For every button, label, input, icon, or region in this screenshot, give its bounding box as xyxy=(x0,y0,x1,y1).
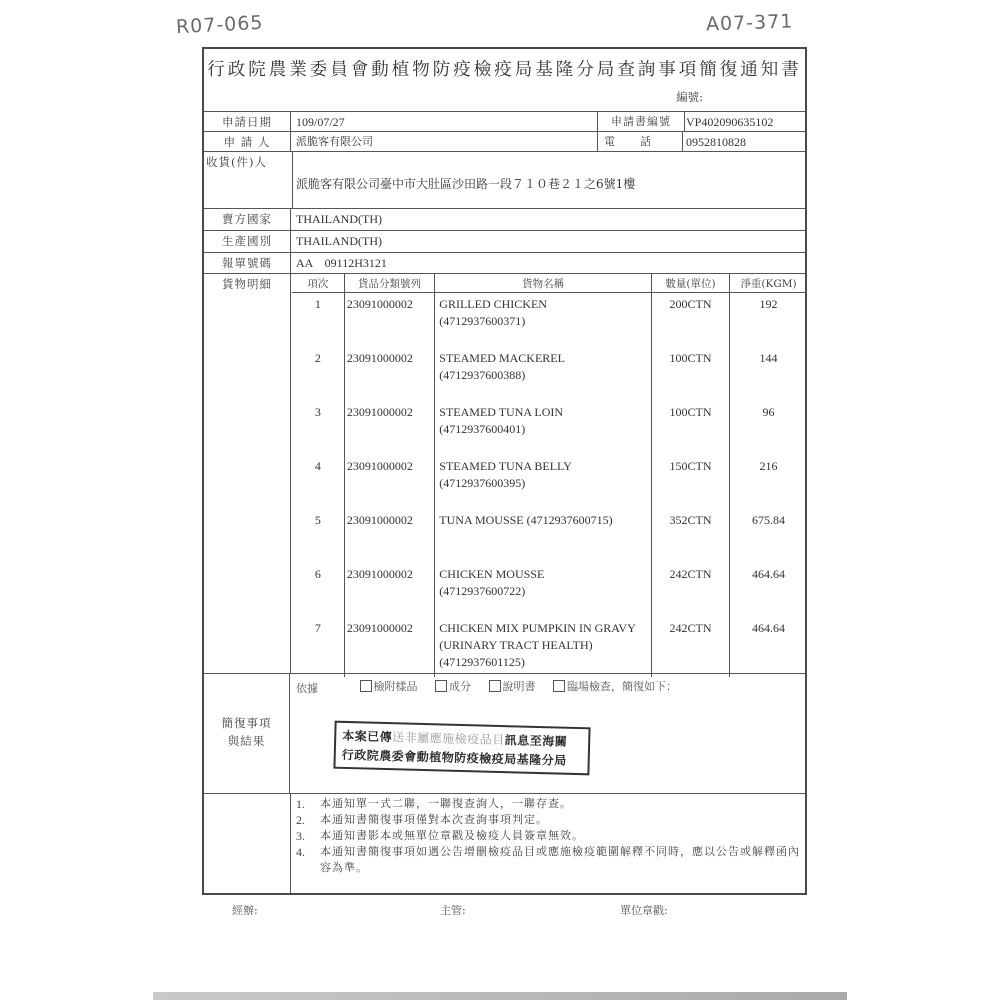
note-item: 3.本通知書影本或無單位章戳及檢疫人員簽章無效。 xyxy=(296,828,800,844)
row-application-date: 申請日期 109/07/27 申請書編號 VP402090635102 xyxy=(204,112,805,132)
quantity-cell: 242CTN xyxy=(651,617,729,677)
net-weight-cell: 96 xyxy=(730,401,807,455)
form-title: 行政院農業委員會動植物防疫檢疫局基隆分局查詢事項簡復通知書 xyxy=(204,56,805,81)
note-text: 本通知單一式二聯，一聯復查詢人，一聯存查。 xyxy=(320,796,800,812)
note-number: 4. xyxy=(296,844,320,876)
net-weight-cell: 216 xyxy=(730,455,807,509)
hs-code-cell: 23091000002 xyxy=(344,347,434,401)
net-weight-cell: 192 xyxy=(730,293,807,347)
goods-table-body: 123091000002GRILLED CHICKEN(471293760037… xyxy=(292,293,807,677)
goods-name-cell: STEAMED MACKEREL(4712937600388) xyxy=(435,347,652,401)
application-no-value: VP402090635102 xyxy=(686,112,773,132)
goods-name-cell: CHICKEN MOUSSE(4712937600722) xyxy=(435,563,652,617)
goods-name-line: CHICKEN MOUSSE xyxy=(439,566,647,583)
declaration-no-value: AA 09112H3121 xyxy=(296,253,387,273)
application-date-label: 申請日期 xyxy=(204,112,291,131)
item-no-cell: 4 xyxy=(292,455,344,509)
consignee-label: 收貨(件)人 xyxy=(204,152,293,208)
note-text: 本通知書影本或無單位章戳及檢疫人員簽章無效。 xyxy=(320,828,800,844)
hs-code-cell: 23091000002 xyxy=(344,563,434,617)
goods-section: 貨物明細 項次 貨品分類號列 貨物名稱 數量(單位) 淨重(KGM) 12309… xyxy=(204,274,805,674)
goods-label: 貨物明細 xyxy=(204,274,291,673)
goods-name-line: TUNA MOUSSE (4712937600715) xyxy=(439,512,647,529)
goods-row: 523091000002TUNA MOUSSE (4712937600715)3… xyxy=(292,509,807,563)
goods-name-line: GRILLED CHICKEN xyxy=(439,296,647,313)
note-number: 2. xyxy=(296,812,320,828)
goods-name-line: (4712937600388) xyxy=(439,367,647,384)
item-no-cell: 6 xyxy=(292,563,344,617)
hs-code-cell: 23091000002 xyxy=(344,293,434,347)
header-quantity: 數量(單位) xyxy=(651,274,729,293)
basis-row: 依據 檢附樣品 成分 說明書 臨場檢查，簡復如下： xyxy=(296,678,691,696)
header-item-no: 項次 xyxy=(292,274,344,293)
hs-code-cell: 23091000002 xyxy=(344,509,434,563)
note-item: 4.本通知書簡復事項如遇公告增刪檢疫品目或應施檢疫範圍解釋不同時，應以公告或解釋… xyxy=(296,844,800,876)
quantity-cell: 200CTN xyxy=(651,293,729,347)
note-text: 本通知書簡復事項僅對本次查詢事項判定。 xyxy=(320,812,800,828)
goods-name-cell: TUNA MOUSSE (4712937600715) xyxy=(435,509,652,563)
goods-name-line: (URINARY TRACT HEALTH) xyxy=(439,637,647,654)
serial-number-label: 編號: xyxy=(676,89,703,105)
goods-name-line: (4712937601125) xyxy=(439,654,647,671)
goods-name-cell: STEAMED TUNA BELLY(4712937600395) xyxy=(435,455,652,509)
item-no-cell: 3 xyxy=(292,401,344,455)
quantity-cell: 352CTN xyxy=(651,509,729,563)
quantity-cell: 100CTN xyxy=(651,347,729,401)
applicant-label: 申 請 人 xyxy=(204,132,291,151)
goods-row: 123091000002GRILLED CHICKEN(471293760037… xyxy=(292,293,807,347)
supervisor-label: 主管: xyxy=(440,902,466,918)
checkbox-box-icon xyxy=(435,680,447,692)
result-label-line1: 簡復事項 xyxy=(222,716,272,730)
basis-label: 依據 xyxy=(296,682,318,695)
header-net-weight: 淨重(KGM) xyxy=(730,274,807,293)
origin-country-value: THAILAND(TH) xyxy=(296,231,382,251)
checkbox-ingredients[interactable]: 成分 xyxy=(435,678,471,694)
goods-table-header: 項次 貨品分類號列 貨物名稱 數量(單位) 淨重(KGM) xyxy=(292,274,807,293)
quantity-cell: 242CTN xyxy=(651,563,729,617)
quantity-cell: 100CTN xyxy=(651,401,729,455)
row-seller-country: 賣方國家 THAILAND(TH) xyxy=(204,209,805,231)
phone-label: 電 話 xyxy=(597,132,683,151)
note-item: 2.本通知書簡復事項僅對本次查詢事項判定。 xyxy=(296,812,800,828)
goods-row: 723091000002CHICKEN MIX PUMPKIN IN GRAVY… xyxy=(292,617,807,677)
result-section: 簡復事項 與結果 依據 檢附樣品 成分 說明書 臨場檢查，簡復如下： 本案已傳送… xyxy=(204,674,805,794)
hs-code-cell: 23091000002 xyxy=(344,617,434,677)
official-stamp: 本案已傳送非屬應施檢疫品目訊息至海關 行政院農委會動植物防疫檢疫局基隆分局 xyxy=(333,721,590,776)
goods-row: 623091000002CHICKEN MOUSSE(4712937600722… xyxy=(292,563,807,617)
checkbox-box-icon xyxy=(489,680,501,692)
hs-code-cell: 23091000002 xyxy=(344,401,434,455)
goods-name-line: STEAMED MACKEREL xyxy=(439,350,647,367)
hs-code-cell: 23091000002 xyxy=(344,455,434,509)
goods-name-line: (4712937600395) xyxy=(439,475,647,492)
row-declaration-no: 報單號碼 AA 09112H3121 xyxy=(204,253,805,274)
goods-table: 項次 貨品分類號列 貨物名稱 數量(單位) 淨重(KGM) 1230910000… xyxy=(292,274,807,677)
notes-list: 1.本通知單一式二聯，一聯復查詢人，一聯存查。2.本通知書簡復事項僅對本次查詢事… xyxy=(296,796,800,876)
goods-name-line: (4712937600722) xyxy=(439,583,647,600)
checkbox-box-icon xyxy=(360,680,372,692)
goods-name-cell: CHICKEN MIX PUMPKIN IN GRAVY(URINARY TRA… xyxy=(435,617,652,677)
goods-row: 423091000002STEAMED TUNA BELLY(471293760… xyxy=(292,455,807,509)
goods-name-line: STEAMED TUNA BELLY xyxy=(439,458,647,475)
goods-row: 223091000002STEAMED MACKEREL(47129376003… xyxy=(292,347,807,401)
item-no-cell: 5 xyxy=(292,509,344,563)
item-no-cell: 2 xyxy=(292,347,344,401)
handwritten-ref-right: A07-371 xyxy=(706,10,794,35)
header-hs-code: 貨品分類號列 xyxy=(344,274,434,293)
consignee-value: 派脆客有限公司臺中市大肚區沙田路一段７１０巷２１之6號1樓 xyxy=(296,174,635,194)
checkbox-manual[interactable]: 說明書 xyxy=(489,678,536,694)
title-row: 行政院農業委員會動植物防疫檢疫局基隆分局查詢事項簡復通知書 編號: xyxy=(204,49,805,112)
checkbox-box-icon xyxy=(553,680,565,692)
application-date-value: 109/07/27 xyxy=(296,112,345,132)
goods-name-cell: STEAMED TUNA LOIN(4712937600401) xyxy=(435,401,652,455)
phone-value: 0952810828 xyxy=(686,132,746,152)
note-text: 本通知書簡復事項如遇公告增刪檢疫品目或應施檢疫範圍解釋不同時，應以公告或解釋函內… xyxy=(320,844,800,876)
net-weight-cell: 144 xyxy=(730,347,807,401)
result-label: 簡復事項 與結果 xyxy=(204,674,290,793)
seller-country-label: 賣方國家 xyxy=(204,209,291,230)
goods-name-line: STEAMED TUNA LOIN xyxy=(439,404,647,421)
declaration-no-label: 報單號碼 xyxy=(204,253,291,273)
row-applicant: 申 請 人 派脆客有限公司 電 話 0952810828 xyxy=(204,132,805,152)
handwritten-ref-left: R07-065 xyxy=(175,12,264,39)
net-weight-cell: 464.64 xyxy=(730,563,807,617)
notice-form: 行政院農業委員會動植物防疫檢疫局基隆分局查詢事項簡復通知書 編號: 申請日期 1… xyxy=(202,47,807,895)
row-origin-country: 生產國別 THAILAND(TH) xyxy=(204,231,805,253)
notes-section: 1.本通知單一式二聯，一聯復查詢人，一聯存查。2.本通知書簡復事項僅對本次查詢事… xyxy=(204,794,805,893)
application-no-label: 申請書編號 xyxy=(597,112,685,131)
origin-country-label: 生產國別 xyxy=(204,231,291,252)
unit-stamp-label: 單位章戳: xyxy=(620,902,668,918)
quantity-cell: 150CTN xyxy=(651,455,729,509)
notes-label-cell xyxy=(204,794,291,893)
checkbox-attached-sample[interactable]: 檢附樣品 xyxy=(360,678,418,694)
net-weight-cell: 675.84 xyxy=(730,509,807,563)
item-no-cell: 7 xyxy=(292,617,344,677)
applicant-value: 派脆客有限公司 xyxy=(296,132,373,152)
goods-name-cell: GRILLED CHICKEN(4712937600371) xyxy=(435,293,652,347)
seller-country-value: THAILAND(TH) xyxy=(296,209,382,229)
row-consignee: 收貨(件)人 派脆客有限公司臺中市大肚區沙田路一段７１０巷２１之6號1樓 xyxy=(204,152,805,209)
goods-name-line: (4712937600371) xyxy=(439,313,647,330)
net-weight-cell: 464.64 xyxy=(730,617,807,677)
scan-edge-bar xyxy=(153,992,847,1000)
goods-name-line: (4712937600401) xyxy=(439,421,647,438)
goods-row: 323091000002STEAMED TUNA LOIN(4712937600… xyxy=(292,401,807,455)
note-number: 3. xyxy=(296,828,320,844)
item-no-cell: 1 xyxy=(292,293,344,347)
result-label-line2: 與結果 xyxy=(228,734,266,748)
header-goods-name: 貨物名稱 xyxy=(435,274,652,293)
note-number: 1. xyxy=(296,796,320,812)
goods-name-line: CHICKEN MIX PUMPKIN IN GRAVY xyxy=(439,620,647,637)
note-item: 1.本通知單一式二聯，一聯復查詢人，一聯存查。 xyxy=(296,796,800,812)
checkbox-onsite-inspection[interactable]: 臨場檢查，簡復如下： xyxy=(553,678,677,694)
handler-label: 經辦: xyxy=(232,902,258,918)
